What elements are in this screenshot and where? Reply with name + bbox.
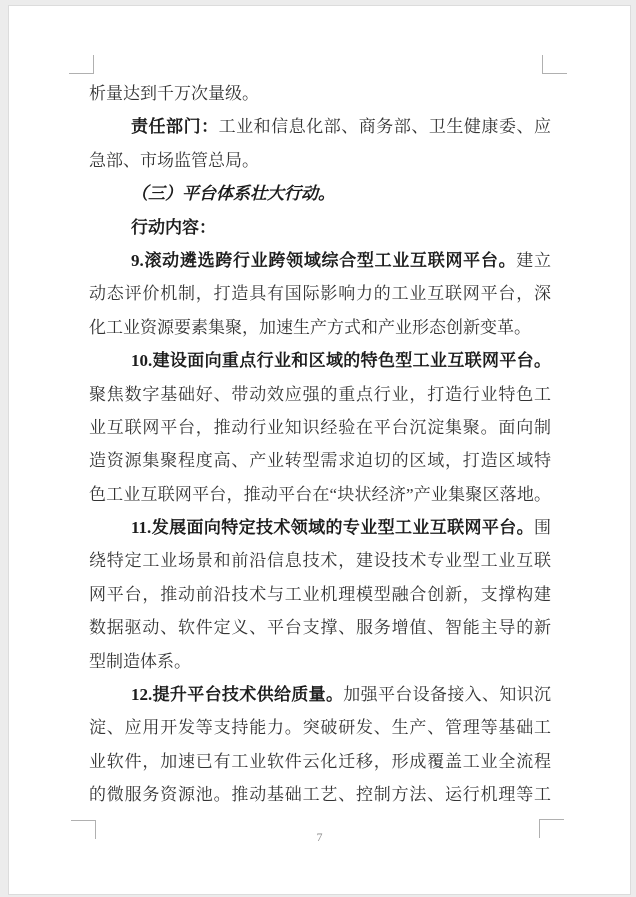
text-run: 淀、应用开发等支持能力。突破研发、生产、管理等基础工 xyxy=(89,718,551,737)
text-line: 急部、市场监管总局。 xyxy=(89,144,551,177)
text-line: 造资源集聚程度高、产业转型需求迫切的区域，打造区域特 xyxy=(89,444,551,477)
text-run: 加强平台设备接入、知识沉 xyxy=(343,685,551,704)
text-line: （三）平台体系壮大行动。 xyxy=(89,177,551,210)
text-line: 业软件，加速已有工业软件云化迁移，形成覆盖工业全流程 xyxy=(89,745,551,778)
text-run: 业互联网平台，推动行业知识经验在平台沉淀集聚。面向制 xyxy=(89,418,551,437)
text-run: 析量达到千万次量级。 xyxy=(89,84,259,103)
text-run: 聚焦数字基础好、带动效应强的重点行业，打造行业特色工 xyxy=(89,385,551,404)
text-line: 淀、应用开发等支持能力。突破研发、生产、管理等基础工 xyxy=(89,711,551,744)
bold-run: 11.发展面向特定技术领域的专业型工业互联网平台。 xyxy=(131,518,534,537)
text-run: 急部、市场监管总局。 xyxy=(89,151,259,170)
text-line: 的微服务资源池。推动基础工艺、控制方法、运行机理等工 xyxy=(89,778,551,811)
text-run: 动态评价机制，打造具有国际影响力的工业互联网平台，深 xyxy=(89,284,551,303)
document-page: 析量达到千万次量级。责任部门：工业和信息化部、商务部、卫生健康委、应急部、市场监… xyxy=(8,5,631,895)
bold-run: 责任部门： xyxy=(131,117,219,136)
text-run: 造资源集聚程度高、产业转型需求迫切的区域，打造区域特 xyxy=(89,451,551,470)
text-line: 业互联网平台，推动行业知识经验在平台沉淀集聚。面向制 xyxy=(89,411,551,444)
text-run: 的微服务资源池。推动基础工艺、控制方法、运行机理等工 xyxy=(89,785,551,804)
text-run: 网平台，推动前沿技术与工业机理模型融合创新，支撑构建 xyxy=(89,585,551,604)
document-viewer: { "colors": { "surround": "#ececec", "pa… xyxy=(0,0,636,897)
text-run: 建立 xyxy=(516,251,551,270)
bold-run: 10.建设面向重点行业和区域的特色型工业互联网平台。 xyxy=(131,351,551,370)
text-run: 数据驱动、软件定义、平台支撑、服务增值、智能主导的新 xyxy=(89,618,551,637)
text-run: 化工业资源要素集聚，加速生产方式和产业形态创新变革。 xyxy=(89,318,531,337)
bold-run: 12.提升平台技术供给质量。 xyxy=(131,685,343,704)
text-line: 化工业资源要素集聚，加速生产方式和产业形态创新变革。 xyxy=(89,311,551,344)
text-run: 围 xyxy=(534,518,551,537)
text-line: 型制造体系。 xyxy=(89,645,551,678)
text-line: 9.滚动遴选跨行业跨领域综合型工业互联网平台。建立 xyxy=(89,244,551,277)
text-line: 绕特定工业场景和前沿信息技术，建设技术专业型工业互联 xyxy=(89,544,551,577)
text-run: 业软件，加速已有工业软件云化迁移，形成覆盖工业全流程 xyxy=(89,752,551,771)
text-body: 析量达到千万次量级。责任部门：工业和信息化部、商务部、卫生健康委、应急部、市场监… xyxy=(89,77,551,812)
bold-run: 行动内容： xyxy=(131,218,216,237)
text-run: 色工业互联网平台，推动平台在“块状经济”产业集聚区落地。 xyxy=(89,485,551,504)
text-line: 网平台，推动前沿技术与工业机理模型融合创新，支撑构建 xyxy=(89,578,551,611)
text-run: 工业和信息化部、商务部、卫生健康委、应 xyxy=(219,117,551,136)
text-line: 10.建设面向重点行业和区域的特色型工业互联网平台。 xyxy=(89,344,551,377)
text-line: 聚焦数字基础好、带动效应强的重点行业，打造行业特色工 xyxy=(89,378,551,411)
text-run: 绕特定工业场景和前沿信息技术，建设技术专业型工业互联 xyxy=(89,551,551,570)
text-line: 动态评价机制，打造具有国际影响力的工业互联网平台，深 xyxy=(89,277,551,310)
text-line: 数据驱动、软件定义、平台支撑、服务增值、智能主导的新 xyxy=(89,611,551,644)
text-line: 色工业互联网平台，推动平台在“块状经济”产业集聚区落地。 xyxy=(89,478,551,511)
bold-run: 9.滚动遴选跨行业跨领域综合型工业互联网平台。 xyxy=(131,251,516,270)
page-number: 7 xyxy=(9,830,630,844)
section-heading-text: （三）平台体系壮大行动。 xyxy=(131,184,335,203)
text-boundary-mark-top-right xyxy=(542,55,567,74)
text-line: 行动内容： xyxy=(89,211,551,244)
text-line: 析量达到千万次量级。 xyxy=(89,77,551,110)
text-boundary-mark-top-left xyxy=(69,55,94,74)
text-run: 型制造体系。 xyxy=(89,652,191,671)
text-line: 12.提升平台技术供给质量。加强平台设备接入、知识沉 xyxy=(89,678,551,711)
text-line: 责任部门：工业和信息化部、商务部、卫生健康委、应 xyxy=(89,110,551,143)
text-line: 11.发展面向特定技术领域的专业型工业互联网平台。围 xyxy=(89,511,551,544)
